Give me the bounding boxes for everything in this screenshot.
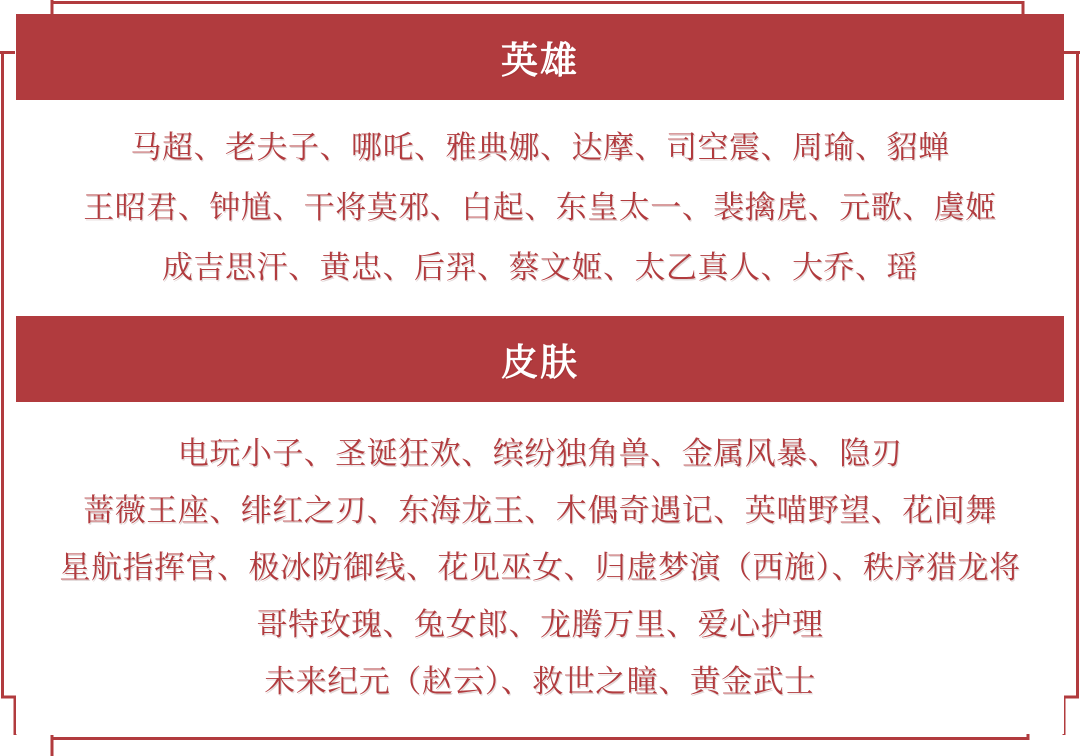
heroes-row-3: 成吉思汗、黄忠、后羿、蔡文姬、太乙真人、大乔、瑶 <box>16 238 1064 298</box>
skins-row-1: 电玩小子、圣诞狂欢、缤纷独角兽、金属风暴、隐刃 <box>16 425 1064 482</box>
heroes-row-1: 马超、老夫子、哪吒、雅典娜、达摩、司空震、周瑜、貂蝉 <box>16 118 1064 178</box>
skins-section-title: 皮肤 <box>501 332 579 386</box>
heroes-row-2: 王昭君、钟馗、干将莫邪、白起、东皇太一、裴擒虎、元歌、虞姬 <box>16 178 1064 238</box>
skins-row-4: 哥特玫瑰、兔女郎、龙腾万里、爱心护理 <box>16 596 1064 653</box>
skins-row-2: 蔷薇王座、绯红之刃、东海龙王、木偶奇遇记、英喵野望、花间舞 <box>16 482 1064 539</box>
list-card: 英雄 马超、老夫子、哪吒、雅典娜、达摩、司空震、周瑜、貂蝉 王昭君、钟馗、干将莫… <box>16 14 1064 734</box>
skins-row-3: 星航指挥官、极冰防御线、花见巫女、归虚梦演（西施）、秩序猎龙将 <box>16 539 1064 596</box>
heroes-list: 马超、老夫子、哪吒、雅典娜、达摩、司空震、周瑜、貂蝉 王昭君、钟馗、干将莫邪、白… <box>16 100 1064 316</box>
skins-list: 电玩小子、圣诞狂欢、缤纷独角兽、金属风暴、隐刃 蔷薇王座、绯红之刃、东海龙王、木… <box>16 402 1064 734</box>
skins-row-5: 未来纪元（赵云）、救世之瞳、黄金武士 <box>16 653 1064 710</box>
section-header-heroes: 英雄 <box>16 14 1064 100</box>
poster-stage: 英雄 马超、老夫子、哪吒、雅典娜、达摩、司空震、周瑜、貂蝉 王昭君、钟馗、干将莫… <box>0 0 1080 756</box>
section-header-skins: 皮肤 <box>16 316 1064 402</box>
heroes-section-title: 英雄 <box>501 30 579 84</box>
